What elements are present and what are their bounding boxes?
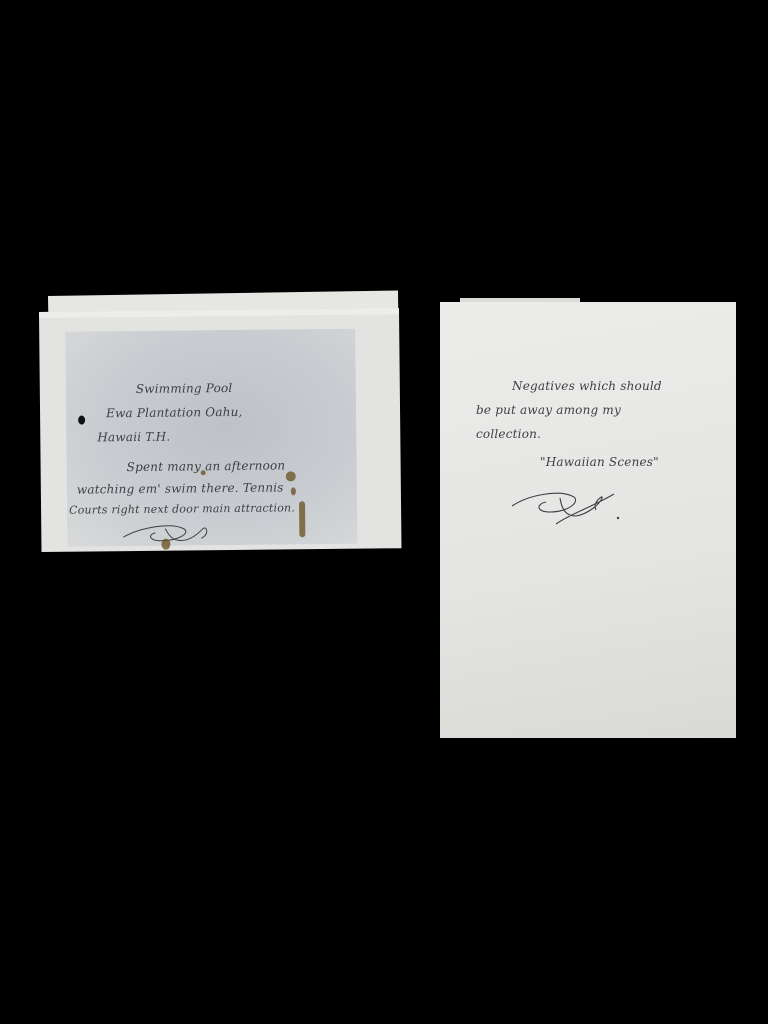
signature-right	[510, 484, 630, 529]
caption-line-3: Hawaii T.H.	[97, 429, 170, 447]
caption-line-6: Courts right next door main attraction.	[69, 499, 295, 518]
signature-left	[121, 518, 221, 549]
note-line-4: "Hawaiian Scenes"	[540, 454, 659, 471]
note-line-1: Negatives which should	[512, 378, 662, 395]
stain	[291, 487, 296, 495]
note-line-3: collection.	[476, 426, 541, 443]
right-envelope: Negatives which should be put away among…	[440, 302, 736, 738]
stain	[161, 539, 170, 550]
caption-line-5: watching em' swim there. Tennis	[77, 479, 284, 498]
note-line-2: be put away among my	[476, 402, 621, 419]
caption-line-1: Swimming Pool	[136, 380, 233, 398]
ink-blot	[78, 416, 85, 425]
caption-line-4: Spent many an afternoon	[127, 457, 286, 476]
left-envelope: Swimming Pool Ewa Plantation Oahu, Hawai…	[39, 308, 401, 552]
caption-line-2: Ewa Plantation Oahu,	[106, 404, 243, 422]
stain	[299, 501, 305, 537]
stain	[286, 471, 296, 481]
stain	[201, 470, 206, 475]
